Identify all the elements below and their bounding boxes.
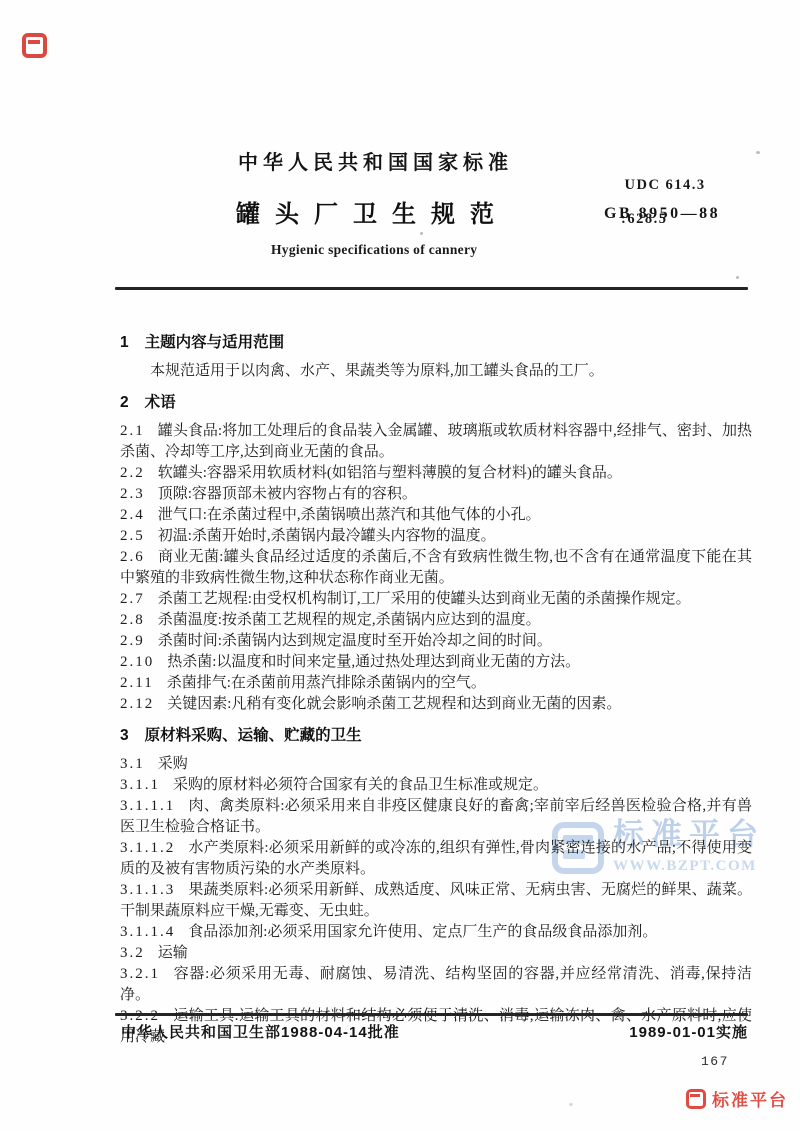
clause-2.7: 2.7杀菌工艺规程:由受权机构制订,工厂采用的使罐头达到商业无菌的杀菌操作规定。	[120, 589, 752, 610]
clause-text: 关键因素:凡稍有变化就会影响杀菌工艺规程和达到商业无菌的因素。	[167, 696, 621, 712]
clause-number: 3.2.1	[120, 966, 160, 982]
clause-text: 顶隙:容器顶部未被内容物占有的容积。	[158, 486, 417, 502]
clause-number: 3.2	[120, 945, 145, 961]
clause-number: 2.1	[120, 423, 145, 439]
clause-number: 2.4	[120, 507, 145, 523]
clause-number: 2.3	[120, 486, 145, 502]
standard-type-title: 中华人民共和国国家标准	[238, 146, 513, 175]
clause-text: 商业无菌:罐头食品经过适度的杀菌后,不含有致病性微生物,也不含有在通常温度下能在…	[120, 549, 752, 586]
clause-2.4: 2.4泄气口:在杀菌过程中,杀菌锅喷出蒸汽和其他气体的小孔。	[120, 505, 752, 526]
clause-number: 3.1.1.4	[120, 924, 175, 940]
clause-number: 3.1.1.2	[120, 840, 175, 856]
document-body: 1主题内容与适用范围本规范适用于以肉禽、水产、果蔬类等为原料,加工罐头食品的工厂…	[120, 322, 752, 1048]
clause-2.5: 2.5初温:杀菌开始时,杀菌锅内最冷罐头内容物的温度。	[120, 526, 752, 547]
clause-text: 主题内容与适用范围	[145, 334, 285, 351]
clause-text: 本规范适用于以肉禽、水产、果蔬类等为原料,加工罐头食品的工厂。	[150, 363, 604, 379]
clause-number: 2.12	[120, 696, 154, 712]
clause-text: 初温:杀菌开始时,杀菌锅内最冷罐头内容物的温度。	[158, 528, 496, 544]
clause-text: 热杀菌:以温度和时间来定量,通过热处理达到商业无菌的方法。	[167, 654, 580, 670]
scan-artifact	[420, 232, 423, 235]
clause-2.3: 2.3顶隙:容器顶部未被内容物占有的容积。	[120, 484, 752, 505]
clause-number: 2.11	[120, 675, 154, 691]
clause-2.1: 2.1罐头食品:将加工处理后的食品装入金属罐、玻璃瓶或软质材料容器中,经排气、密…	[120, 421, 752, 463]
clause-number: 2.7	[120, 591, 145, 607]
clause-number: 3	[120, 727, 131, 744]
clause-text: 杀菌排气:在杀菌前用蒸汽排除杀菌锅内的空气。	[167, 675, 486, 691]
clause-text: 杀菌温度:按杀菌工艺规程的规定,杀菌锅内应达到的温度。	[158, 612, 541, 628]
clause-2.6: 2.6商业无菌:罐头食品经过适度的杀菌后,不含有致病性微生物,也不含有在通常温度…	[120, 547, 752, 589]
clause-number: 2	[120, 394, 131, 411]
section-heading-3: 3原材料采购、运输、贮藏的卫生	[120, 725, 752, 746]
clause-number: 3.1.1	[120, 777, 160, 793]
clause-text: 食品添加剂:必须采用国家允许使用、定点厂生产的食品级食品添加剂。	[188, 924, 657, 940]
header-divider	[115, 287, 748, 290]
clause-number: 3.1	[120, 756, 145, 772]
document-title-en: Hygienic specifications of cannery	[271, 242, 477, 258]
bzpt-red-logo-icon	[686, 1089, 706, 1109]
clause-3.1.1: 3.1.1采购的原材料必须符合国家有关的食品卫生标准或规定。	[120, 775, 752, 796]
clause-text: 罐头食品:将加工处理后的食品装入金属罐、玻璃瓶或软质材料容器中,经排气、密封、加…	[120, 423, 752, 460]
clause-text: 肉、禽类原料:必须采用来自非疫区健康良好的畜禽;宰前宰后经兽医检验合格,并有兽医…	[120, 798, 752, 835]
clause-text: 杀菌工艺规程:由受权机构制订,工厂采用的使罐头达到商业无菌的杀菌操作规定。	[158, 591, 691, 607]
paragraph: 本规范适用于以肉禽、水产、果蔬类等为原料,加工罐头食品的工厂。	[120, 361, 752, 382]
clause-number: 2.9	[120, 633, 145, 649]
clause-3.1.1.1: 3.1.1.1肉、禽类原料:必须采用来自非疫区健康良好的畜禽;宰前宰后经兽医检验…	[120, 796, 752, 838]
scan-artifact	[569, 1103, 573, 1106]
clause-text: 容器:必须采用无毒、耐腐蚀、易清洗、结构坚固的容器,并应经常清洗、消毒,保持洁净…	[120, 966, 752, 1003]
clause-3.1.1.2: 3.1.1.2水产类原料:必须采用新鲜的或冷冻的,组织有弹性,骨肉紧密连接的水产…	[120, 838, 752, 880]
clause-number: 2.2	[120, 465, 145, 481]
clause-number: 2.5	[120, 528, 145, 544]
clause-3.1.1.3: 3.1.1.3果蔬类原料:必须采用新鲜、成熟适度、风味正常、无病虫害、无腐烂的鲜…	[120, 880, 752, 922]
clause-text: 采购的原材料必须符合国家有关的食品卫生标准或规定。	[173, 777, 548, 793]
section-heading-1: 1主题内容与适用范围	[120, 332, 752, 353]
clause-number: 1	[120, 334, 131, 351]
watermark-corner-text: 标准平台	[712, 1086, 788, 1111]
clause-number: 2.8	[120, 612, 145, 628]
clause-text: 原材料采购、运输、贮藏的卫生	[145, 727, 362, 744]
clause-2.12: 2.12关键因素:凡稍有变化就会影响杀菌工艺规程和达到商业无菌的因素。	[120, 694, 752, 715]
clause-number: 3.1.1.1	[120, 798, 175, 814]
approval-statement: 中华人民共和国卫生部1988-04-14批准	[121, 1021, 400, 1042]
clause-2.9: 2.9杀菌时间:杀菌锅内达到规定温度时至开始冷却之间的时间。	[120, 631, 752, 652]
clause-text: 泄气口:在杀菌过程中,杀菌锅喷出蒸汽和其他气体的小孔。	[158, 507, 541, 523]
udc-line1: UDC 614.3	[625, 177, 706, 193]
scan-artifact	[736, 276, 739, 279]
footer-divider	[115, 1013, 748, 1016]
clause-text: 杀菌时间:杀菌锅内达到规定温度时至开始冷却之间的时间。	[158, 633, 552, 649]
implementation-date: 1989-01-01实施	[629, 1021, 748, 1042]
clause-text: 软罐头:容器采用软质材料(如铝箔与塑料薄膜的复合材料)的罐头食品。	[158, 465, 622, 481]
bzpt-red-watermark: 标准平台	[686, 1086, 788, 1111]
clause-text: 采购	[158, 756, 188, 772]
clause-2.2: 2.2软罐头:容器采用软质材料(如铝箔与塑料薄膜的复合材料)的罐头食品。	[120, 463, 752, 484]
clause-2.11: 2.11杀菌排气:在杀菌前用蒸汽排除杀菌锅内的空气。	[120, 673, 752, 694]
clause-text: 果蔬类原料:必须采用新鲜、成熟适度、风味正常、无病虫害、无腐烂的鲜果、蔬菜。干制…	[120, 882, 752, 919]
clause-3.2.1: 3.2.1容器:必须采用无毒、耐腐蚀、易清洗、结构坚固的容器,并应经常清洗、消毒…	[120, 964, 752, 1006]
clause-text: 运输	[158, 945, 188, 961]
clause-3.1.1.4: 3.1.1.4食品添加剂:必须采用国家允许使用、定点厂生产的食品级食品添加剂。	[120, 922, 752, 943]
document-title-cn: 罐头厂卫生规范	[236, 194, 509, 229]
clause-number: 3.1.1.3	[120, 882, 175, 898]
standard-number: GB 8950—88	[604, 205, 720, 223]
clause-3.1: 3.1采购	[120, 754, 752, 775]
clause-number: 2.6	[120, 549, 145, 565]
bzpt-red-logo-icon	[22, 33, 47, 58]
page-number: 167	[701, 1054, 729, 1069]
clause-2.8: 2.8杀菌温度:按杀菌工艺规程的规定,杀菌锅内应达到的温度。	[120, 610, 752, 631]
document-page: 标准平台 WWW.BZPT.COM 中华人民共和国国家标准 UDC 614.3 …	[0, 0, 800, 1131]
clause-text: 术语	[145, 394, 176, 411]
clause-2.10: 2.10热杀菌:以温度和时间来定量,通过热处理达到商业无菌的方法。	[120, 652, 752, 673]
scan-artifact	[756, 151, 760, 154]
clause-number: 2.10	[120, 654, 154, 670]
clause-text: 水产类原料:必须采用新鲜的或冷冻的,组织有弹性,骨肉紧密连接的水产品;不得使用变…	[120, 840, 752, 877]
section-heading-2: 2术语	[120, 392, 752, 413]
clause-3.2: 3.2运输	[120, 943, 752, 964]
